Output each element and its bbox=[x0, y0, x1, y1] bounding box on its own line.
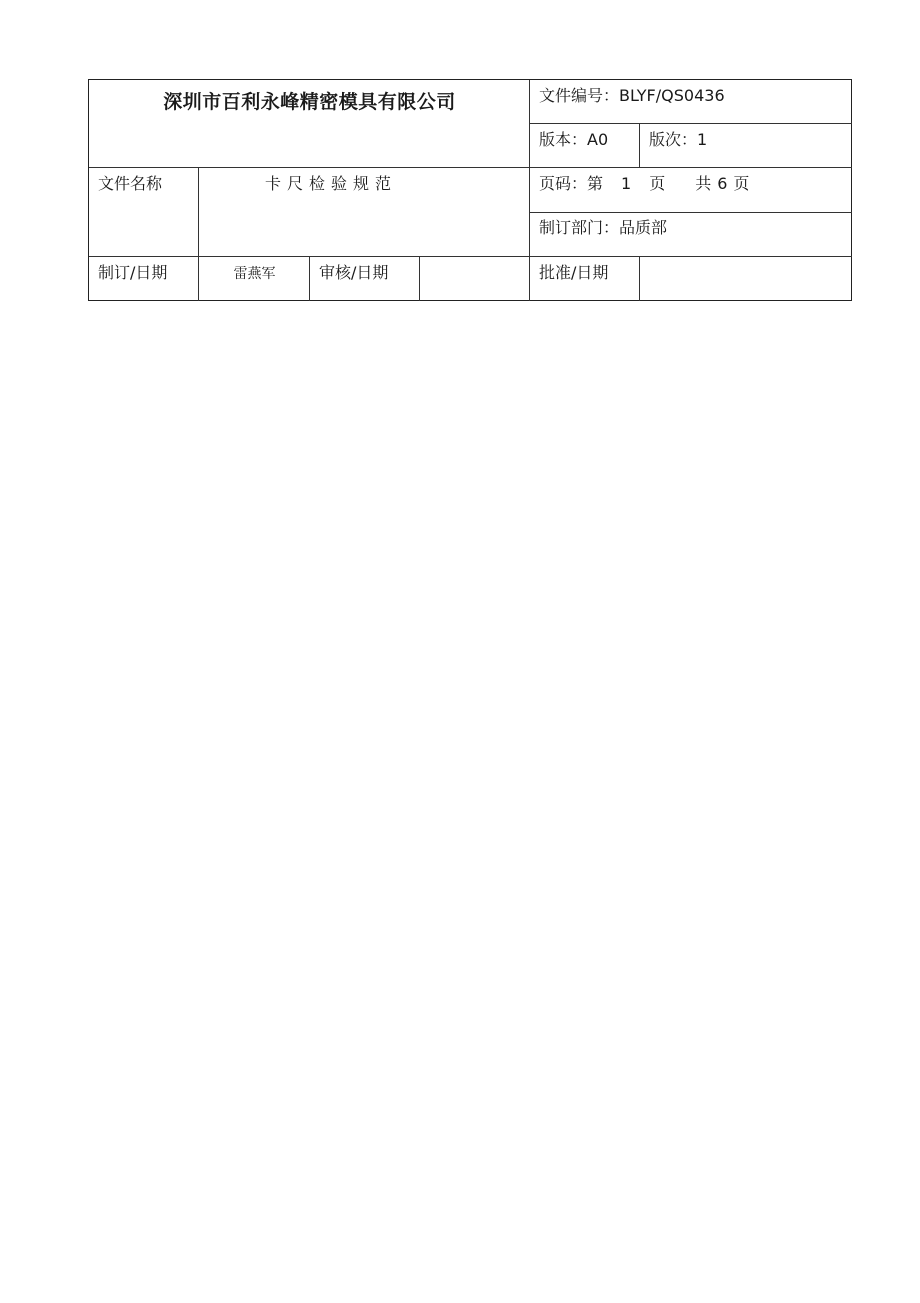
author-value: 雷燕军 bbox=[199, 257, 310, 301]
review-value bbox=[420, 257, 530, 301]
page-total: 6 bbox=[717, 174, 727, 193]
version-label: 版本： bbox=[539, 130, 587, 149]
page-total-unit: 页 bbox=[733, 174, 749, 193]
approve-label: 批准/日期 bbox=[530, 257, 640, 301]
document-number: 文件编号：BLYF/QS0436 bbox=[530, 80, 852, 124]
version-value: A0 bbox=[587, 130, 608, 149]
document-name-label: 文件名称 bbox=[89, 168, 199, 257]
revision-label: 版次： bbox=[649, 130, 697, 149]
page-unit: 页 bbox=[649, 174, 665, 193]
department-label: 制订部门： bbox=[539, 218, 619, 237]
author-label: 制订/日期 bbox=[89, 257, 199, 301]
revision-value: 1 bbox=[697, 130, 707, 149]
document-number-value: BLYF/QS0436 bbox=[619, 86, 725, 105]
company-name: 深圳市百利永峰精密模具有限公司 bbox=[89, 80, 530, 168]
page-current: 1 bbox=[621, 174, 631, 193]
review-label: 审核/日期 bbox=[310, 257, 420, 301]
document-number-label: 文件编号： bbox=[539, 86, 619, 105]
page-total-label: 共 bbox=[695, 174, 711, 193]
department-value: 品质部 bbox=[619, 218, 667, 237]
document-name-value: 卡尺检验规范 bbox=[199, 168, 530, 257]
version: 版本：A0 bbox=[530, 124, 640, 168]
page-label: 页码：第 bbox=[539, 174, 603, 193]
approve-value bbox=[640, 257, 852, 301]
revision: 版次：1 bbox=[640, 124, 852, 168]
document-header-table: 深圳市百利永峰精密模具有限公司 文件编号：BLYF/QS0436 版本：A0 版… bbox=[88, 79, 852, 301]
department: 制订部门：品质部 bbox=[530, 212, 852, 257]
page-info: 页码：第1页共6页 bbox=[530, 168, 852, 212]
